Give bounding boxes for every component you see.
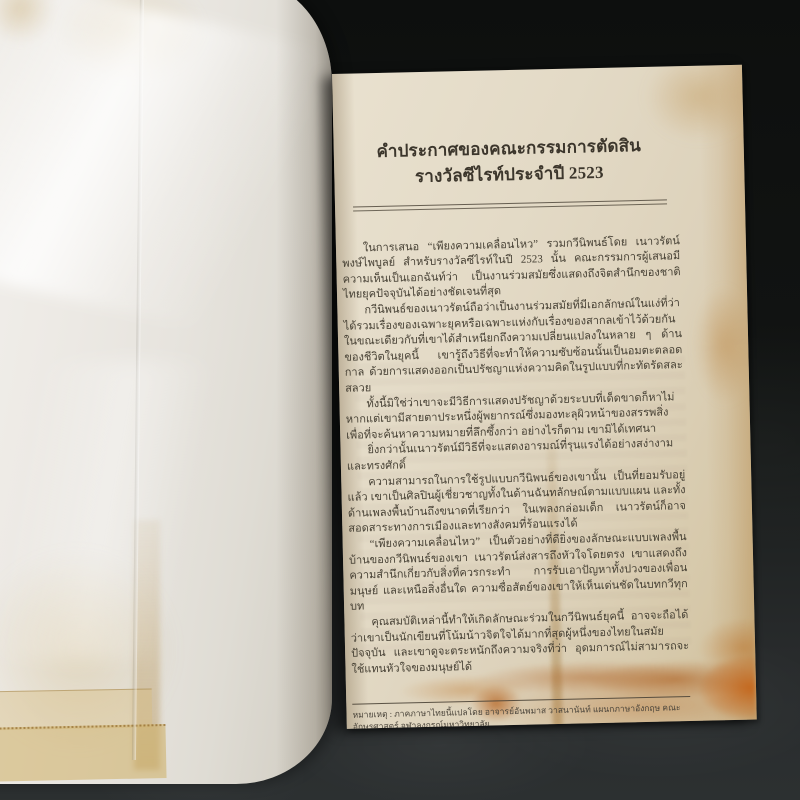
title-divider (353, 199, 667, 211)
tape-mark (0, 724, 167, 782)
body-paragraph: “เพียงความเคลื่อนไหว” เป็นตัวอย่างที่ดีย… (349, 530, 689, 616)
page-content: คำประกาศของคณะกรรมการตัดสิน รางวัลซีไรท์… (332, 65, 757, 729)
book-photo: คำประกาศของคณะกรรมการตัดสิน รางวัลซีไรท์… (0, 0, 800, 800)
body-paragraph: ความสามารถในการใช้รูปแบบกวีนิพนธ์ของเขาน… (347, 468, 686, 538)
left-page-stack (0, 0, 332, 784)
gloss-highlight (0, 360, 316, 660)
body-paragraph: คุณสมบัติเหล่านี้ทำให้เกิดลักษณะร่วมในกว… (350, 608, 689, 678)
gutter-shadow (276, 0, 332, 784)
body-text: ในการเสนอ “เพียงความเคลื่อนไหว” รวมกวีนิ… (342, 234, 690, 678)
book-page: คำประกาศของคณะกรรมการตัดสิน รางวัลซีไรท์… (332, 65, 757, 729)
body-paragraph: ทั้งนี้มิใช่ว่าเขาจะมีวิธีการแสดงปรัชญาด… (345, 390, 684, 444)
body-paragraph: ในการเสนอ “เพียงความเคลื่อนไหว” รวมกวีนิ… (342, 234, 681, 304)
body-paragraph: กวีนิพนธ์ของเนาวรัตน์ถือว่าเป็นงานร่วมสม… (343, 296, 683, 397)
page-title: คำประกาศของคณะกรรมการตัดสิน รางวัลซีไรท์… (339, 132, 678, 192)
